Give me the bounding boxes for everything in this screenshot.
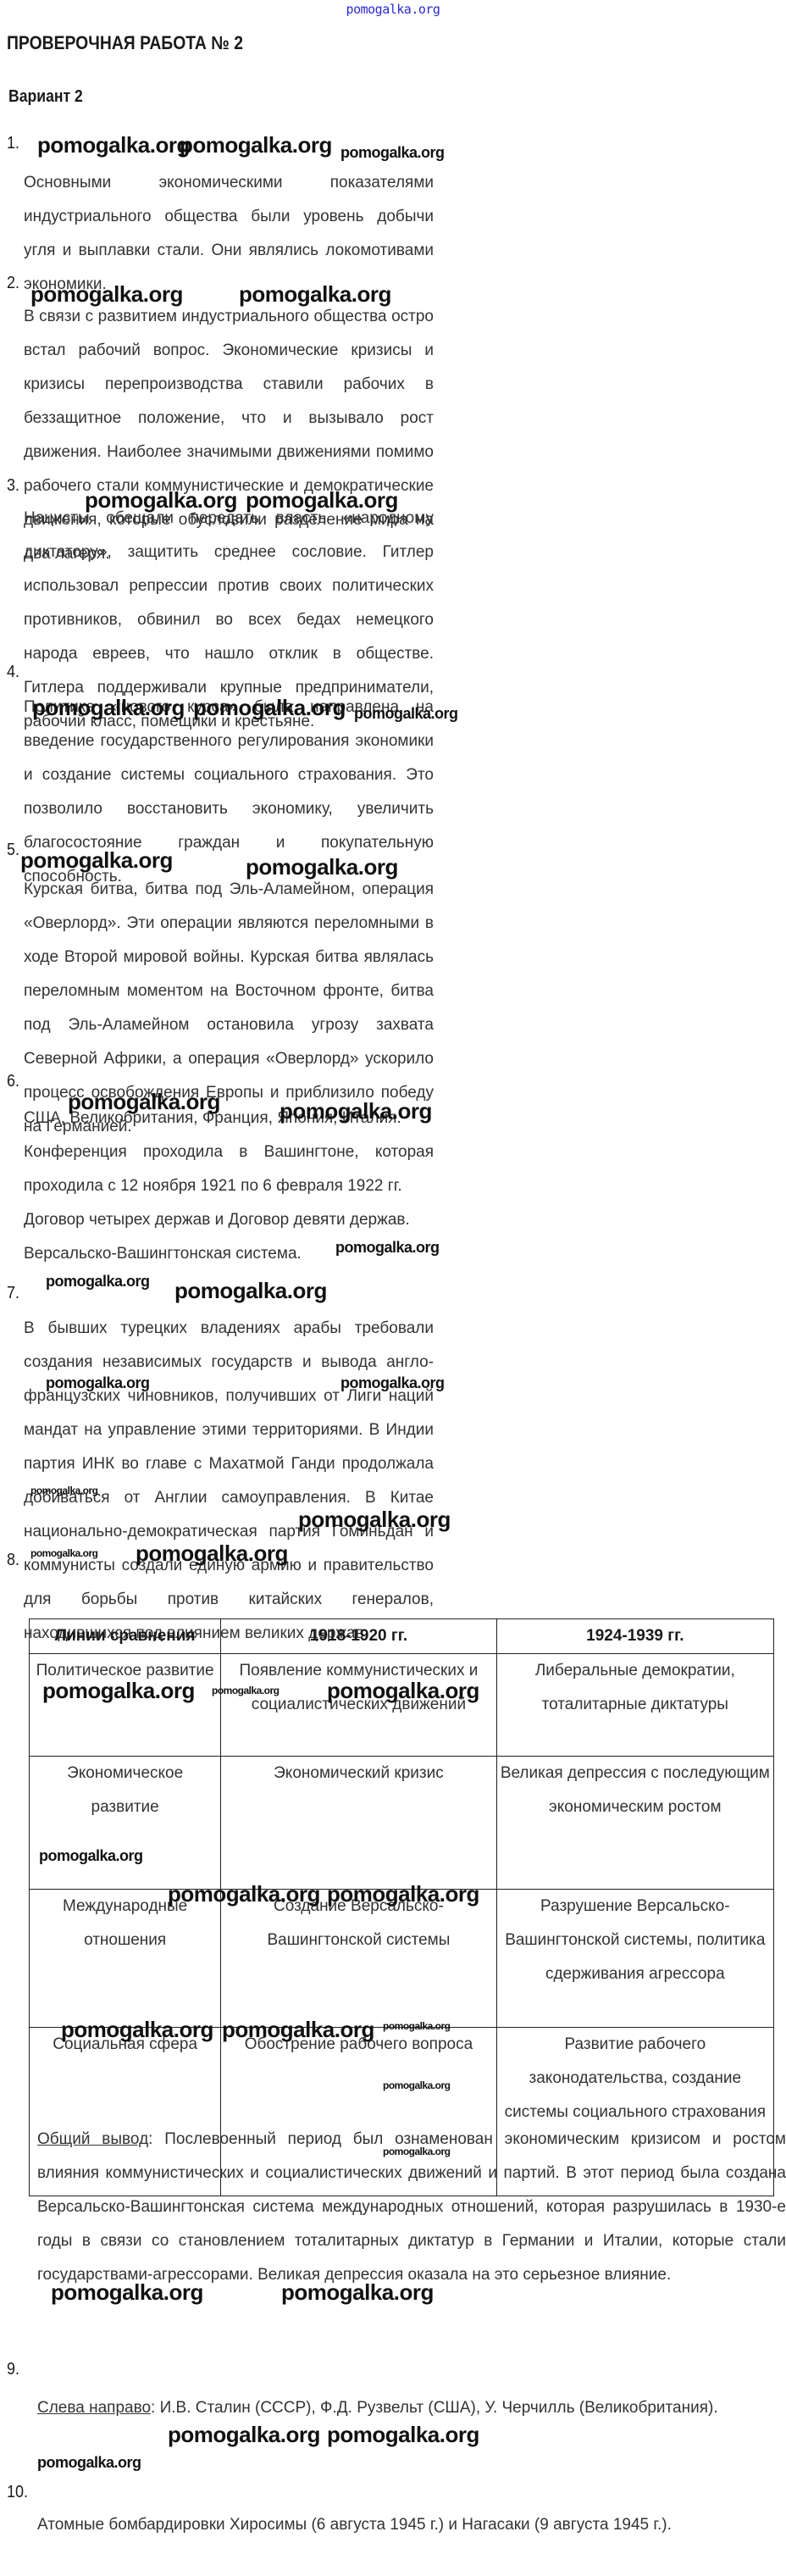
answer-label: Слева направо	[37, 2399, 151, 2417]
watermark: pomogalka.org	[180, 132, 332, 158]
answer-number-7: 7.	[7, 1284, 19, 1303]
conclusion: Общий вывод: Послевоенный период был озн…	[37, 2123, 786, 2292]
answer-4: Политика «нового курса» была направлена …	[24, 691, 434, 894]
table-header: 1918-1920 гг.	[221, 1619, 496, 1654]
variant-heading: Вариант 2	[8, 87, 83, 107]
table-cell: Экономический кризис	[221, 1757, 496, 1890]
watermark: pomogalka.org	[327, 2422, 479, 2448]
answer-number-5: 5.	[7, 841, 19, 860]
answer-number-8: 8.	[7, 1551, 19, 1570]
table-row: Международные отношения Создание Версаль…	[30, 1890, 774, 2028]
site-link[interactable]: pomogalka.org	[0, 2, 786, 17]
answer-line: Версальско-Вашингтонская система.	[24, 1237, 434, 1271]
table-cell: Либеральные демократии, тоталитарные дик…	[496, 1654, 773, 1757]
watermark: pomogalka.org	[37, 132, 190, 158]
table-cell: Экономическое развитие	[30, 1757, 221, 1890]
answer-number-6: 6.	[7, 1072, 19, 1091]
answer-number-10: 10.	[7, 2483, 28, 2502]
answer-text: Политика «нового курса» была направлена …	[24, 691, 434, 894]
table-cell: Появление коммунистических и социалистич…	[221, 1654, 496, 1757]
answer-text: : И.В. Сталин (СССР), Ф.Д. Рузвельт (США…	[151, 2399, 718, 2417]
watermark: pomogalka.org	[37, 2454, 141, 2472]
answer-text: Основными экономическими показателями ин…	[24, 166, 434, 302]
answer-1: Основными экономическими показателями ин…	[24, 166, 434, 302]
table-row: Экономическое развитие Экономический кри…	[30, 1757, 774, 1890]
answer-number-9: 9.	[7, 2360, 19, 2379]
answer-text: В бывших турецких владениях арабы требов…	[24, 1312, 434, 1651]
answer-10: Атомные бомбардировки Хиросимы (6 август…	[37, 2508, 769, 2542]
watermark: pomogalka.org	[46, 1273, 150, 1291]
comparison-table: Линии сравнения 1918-1920 гг. 1924-1939 …	[29, 1618, 774, 2196]
answer-line: США, Великобритания, Франция, Япония, Ит…	[24, 1102, 434, 1135]
table-cell: Политическое развитие	[30, 1654, 221, 1757]
conclusion-text: : Послевоенный период был ознаменован эк…	[37, 2130, 786, 2284]
watermark: pomogalka.org	[340, 144, 445, 162]
page-title: ПРОВЕРОЧНАЯ РАБОТА № 2	[7, 32, 243, 54]
answer-number-4: 4.	[7, 663, 19, 682]
answer-text: Атомные бомбардировки Хиросимы (6 август…	[37, 2508, 769, 2542]
watermark: pomogalka.org	[174, 1278, 327, 1304]
conclusion-label: Общий вывод	[37, 2130, 148, 2148]
table-header: Линии сравнения	[30, 1619, 221, 1654]
table-cell: Создание Версальско-Вашингтонской систем…	[221, 1890, 496, 2028]
answer-9: Слева направо: И.В. Сталин (СССР), Ф.Д. …	[37, 2391, 769, 2425]
table-row: Политическое развитие Появление коммунис…	[30, 1654, 774, 1757]
answer-number-1: 1.	[7, 134, 19, 153]
answer-7: В бывших турецких владениях арабы требов…	[24, 1312, 434, 1651]
answer-number-3: 3.	[7, 476, 19, 496]
answer-number-2: 2.	[7, 274, 19, 293]
watermark: pomogalka.org	[168, 2422, 320, 2448]
answer-line: Конференция проходила в Вашингтоне, кото…	[24, 1135, 434, 1203]
answer-6: США, Великобритания, Франция, Япония, Ит…	[24, 1102, 434, 1271]
answer-line: Договор четырех держав и Договор девяти …	[24, 1203, 434, 1237]
table-header: 1924-1939 гг.	[496, 1619, 773, 1654]
table-cell: Великая депрессия с последующим экономич…	[496, 1757, 773, 1890]
table-cell: Разрушение Версальско-Вашингтонской сист…	[496, 1890, 773, 2028]
table-cell: Международные отношения	[30, 1890, 221, 2028]
